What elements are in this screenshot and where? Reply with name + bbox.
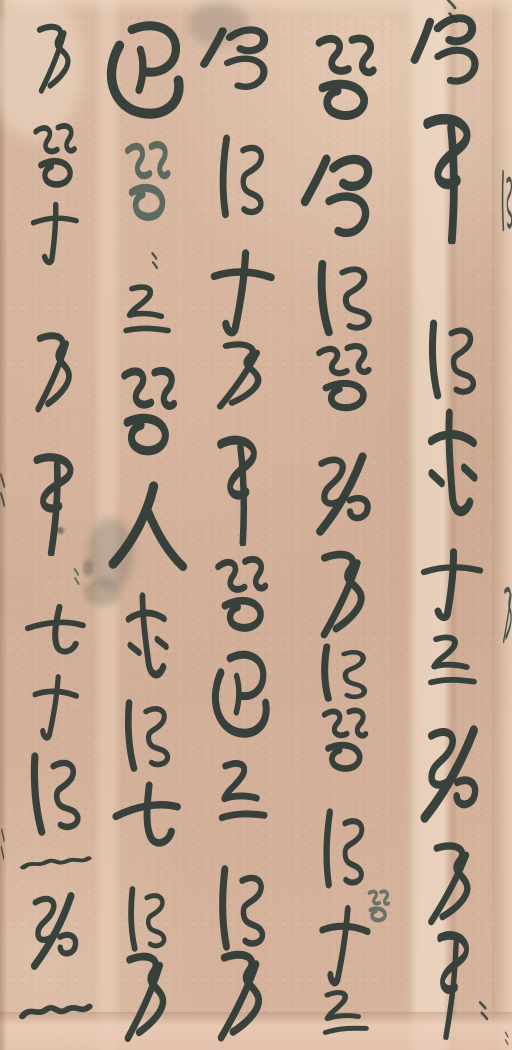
calligraphy-character xyxy=(404,714,500,831)
calligraphy-character xyxy=(107,948,187,1046)
calligraphy-character xyxy=(12,743,98,840)
calligraphy-character xyxy=(14,885,95,976)
paper-edge-left xyxy=(0,0,7,1050)
calligraphy-character xyxy=(24,197,85,266)
calligraphy-character xyxy=(297,251,391,341)
calligraphy-character xyxy=(411,836,494,932)
calligraphy-sheet xyxy=(0,0,512,1050)
calligraphy-character xyxy=(24,668,87,744)
calligraphy-character xyxy=(202,432,282,549)
calligraphy-character xyxy=(196,19,287,101)
calligraphy-character xyxy=(300,334,388,426)
calligraphy-character xyxy=(15,596,95,672)
calligraphy-character xyxy=(307,982,381,1049)
calligraphy-character xyxy=(108,588,187,693)
calligraphy-character xyxy=(307,803,380,893)
calligraphy-character xyxy=(110,277,184,349)
calligraphy-character xyxy=(198,335,285,417)
calligraphy-character xyxy=(203,860,281,954)
partial-stroke-fragment xyxy=(498,166,512,234)
calligraphy-character xyxy=(21,18,89,97)
partial-stroke-fragment xyxy=(499,584,512,646)
calligraphy-character xyxy=(471,995,497,1025)
calligraphy-character xyxy=(98,475,197,581)
partial-stroke-fragment xyxy=(499,1028,512,1049)
calligraphy-character xyxy=(199,546,284,648)
calligraphy-character xyxy=(411,313,492,404)
calligraphy-character xyxy=(413,544,491,622)
calligraphy-character xyxy=(418,928,486,1042)
calligraphy-character xyxy=(201,645,282,748)
calligraphy-character xyxy=(293,22,395,139)
calligraphy-character xyxy=(199,945,285,1046)
calligraphy-character xyxy=(17,451,93,556)
calligraphy-character xyxy=(13,973,96,1046)
calligraphy-character xyxy=(112,132,182,236)
calligraphy-character xyxy=(297,444,390,541)
calligraphy-character xyxy=(406,110,499,246)
repeat-mark xyxy=(145,248,165,272)
calligraphy-character xyxy=(100,354,194,474)
calligraphy-character xyxy=(204,751,279,838)
calligraphy-character xyxy=(108,692,186,776)
partial-stroke-fragment xyxy=(0,464,13,515)
calligraphy-character xyxy=(408,405,496,530)
calligraphy-character xyxy=(114,881,179,954)
calligraphy-character xyxy=(14,836,96,888)
calligraphy-character xyxy=(309,898,379,990)
calligraphy-character xyxy=(414,627,489,700)
calligraphy-character xyxy=(102,773,191,870)
calligraphy-character xyxy=(294,143,393,253)
calligraphy-character xyxy=(200,242,285,340)
repeat-mark xyxy=(68,564,87,589)
calligraphy-character xyxy=(300,545,388,642)
calligraphy-character xyxy=(21,115,90,201)
calligraphy-character xyxy=(20,328,90,416)
calligraphy-character xyxy=(307,699,380,784)
calligraphy-character xyxy=(94,15,200,129)
calligraphy-character xyxy=(202,129,281,224)
partial-stroke-fragment xyxy=(436,0,471,28)
calligraphy-character xyxy=(305,640,383,704)
